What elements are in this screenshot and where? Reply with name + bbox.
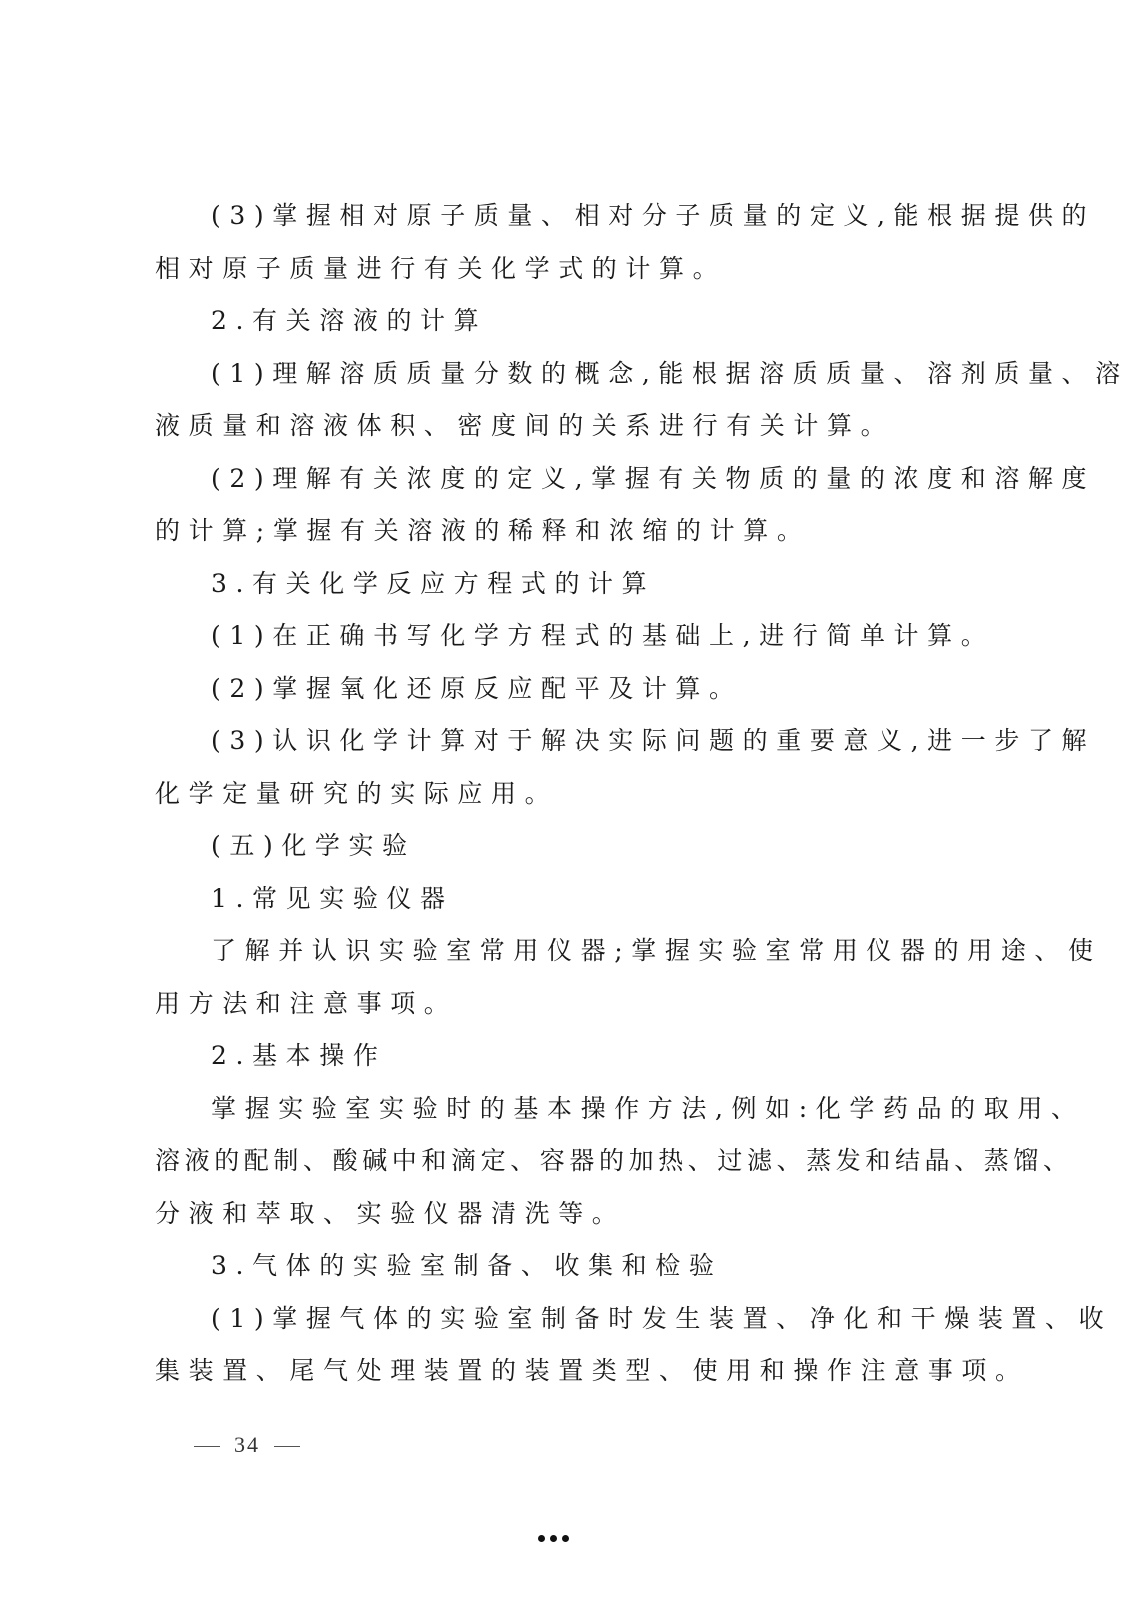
text-line: 化学定量研究的实际应用。	[155, 771, 995, 824]
section-heading: 3.气体的实验室制备、收集和检验	[155, 1243, 995, 1296]
text-line: 液质量和溶液体积、密度间的关系进行有关计算。	[155, 403, 995, 456]
text-line: 分液和萃取、实验仪器清洗等。	[155, 1191, 995, 1244]
section-heading: 2.基本操作	[155, 1033, 995, 1086]
ellipsis-icon[interactable]	[538, 1535, 569, 1542]
text-line: (3)掌握相对原子质量、相对分子质量的定义,能根据提供的	[155, 193, 995, 246]
text-line: (2)掌握氧化还原反应配平及计算。	[155, 666, 995, 719]
text-line: 相对原子质量进行有关化学式的计算。	[155, 246, 995, 299]
section-heading: 3.有关化学反应方程式的计算	[155, 561, 995, 614]
text-line: (1)掌握气体的实验室制备时发生装置、净化和干燥装置、收	[155, 1296, 995, 1349]
text-line: 溶液的配制、酸碱中和滴定、容器的加热、过滤、蒸发和结晶、蒸馏、	[155, 1138, 995, 1191]
section-heading: 1.常见实验仪器	[155, 876, 995, 929]
page-number: 34	[180, 1432, 314, 1458]
text-line: 集装置、尾气处理装置的装置类型、使用和操作注意事项。	[155, 1348, 995, 1401]
section-heading: 2.有关溶液的计算	[155, 298, 995, 351]
text-line: (1)在正确书写化学方程式的基础上,进行简单计算。	[155, 613, 995, 666]
dash-right	[274, 1446, 300, 1447]
dot	[538, 1535, 545, 1542]
text-line: 掌握实验室实验时的基本操作方法,例如:化学药品的取用、	[155, 1086, 995, 1139]
dot	[550, 1535, 557, 1542]
document-page: (3)掌握相对原子质量、相对分子质量的定义,能根据提供的 相对原子质量进行有关化…	[0, 0, 1131, 1600]
text-line: 的计算;掌握有关溶液的稀释和浓缩的计算。	[155, 508, 995, 561]
text-line: (1)理解溶质质量分数的概念,能根据溶质质量、溶剂质量、溶	[155, 351, 995, 404]
text-line: (2)理解有关浓度的定义,掌握有关物质的量的浓度和溶解度	[155, 456, 995, 509]
chapter-heading: (五)化学实验	[155, 823, 995, 876]
document-body: (3)掌握相对原子质量、相对分子质量的定义,能根据提供的 相对原子质量进行有关化…	[155, 193, 995, 1401]
page-number-value: 34	[234, 1432, 260, 1457]
dot	[562, 1535, 569, 1542]
text-line: 了解并认识实验室常用仪器;掌握实验室常用仪器的用途、使	[155, 928, 995, 981]
dash-left	[194, 1446, 220, 1447]
text-line: 用方法和注意事项。	[155, 981, 995, 1034]
text-line: (3)认识化学计算对于解决实际问题的重要意义,进一步了解	[155, 718, 995, 771]
